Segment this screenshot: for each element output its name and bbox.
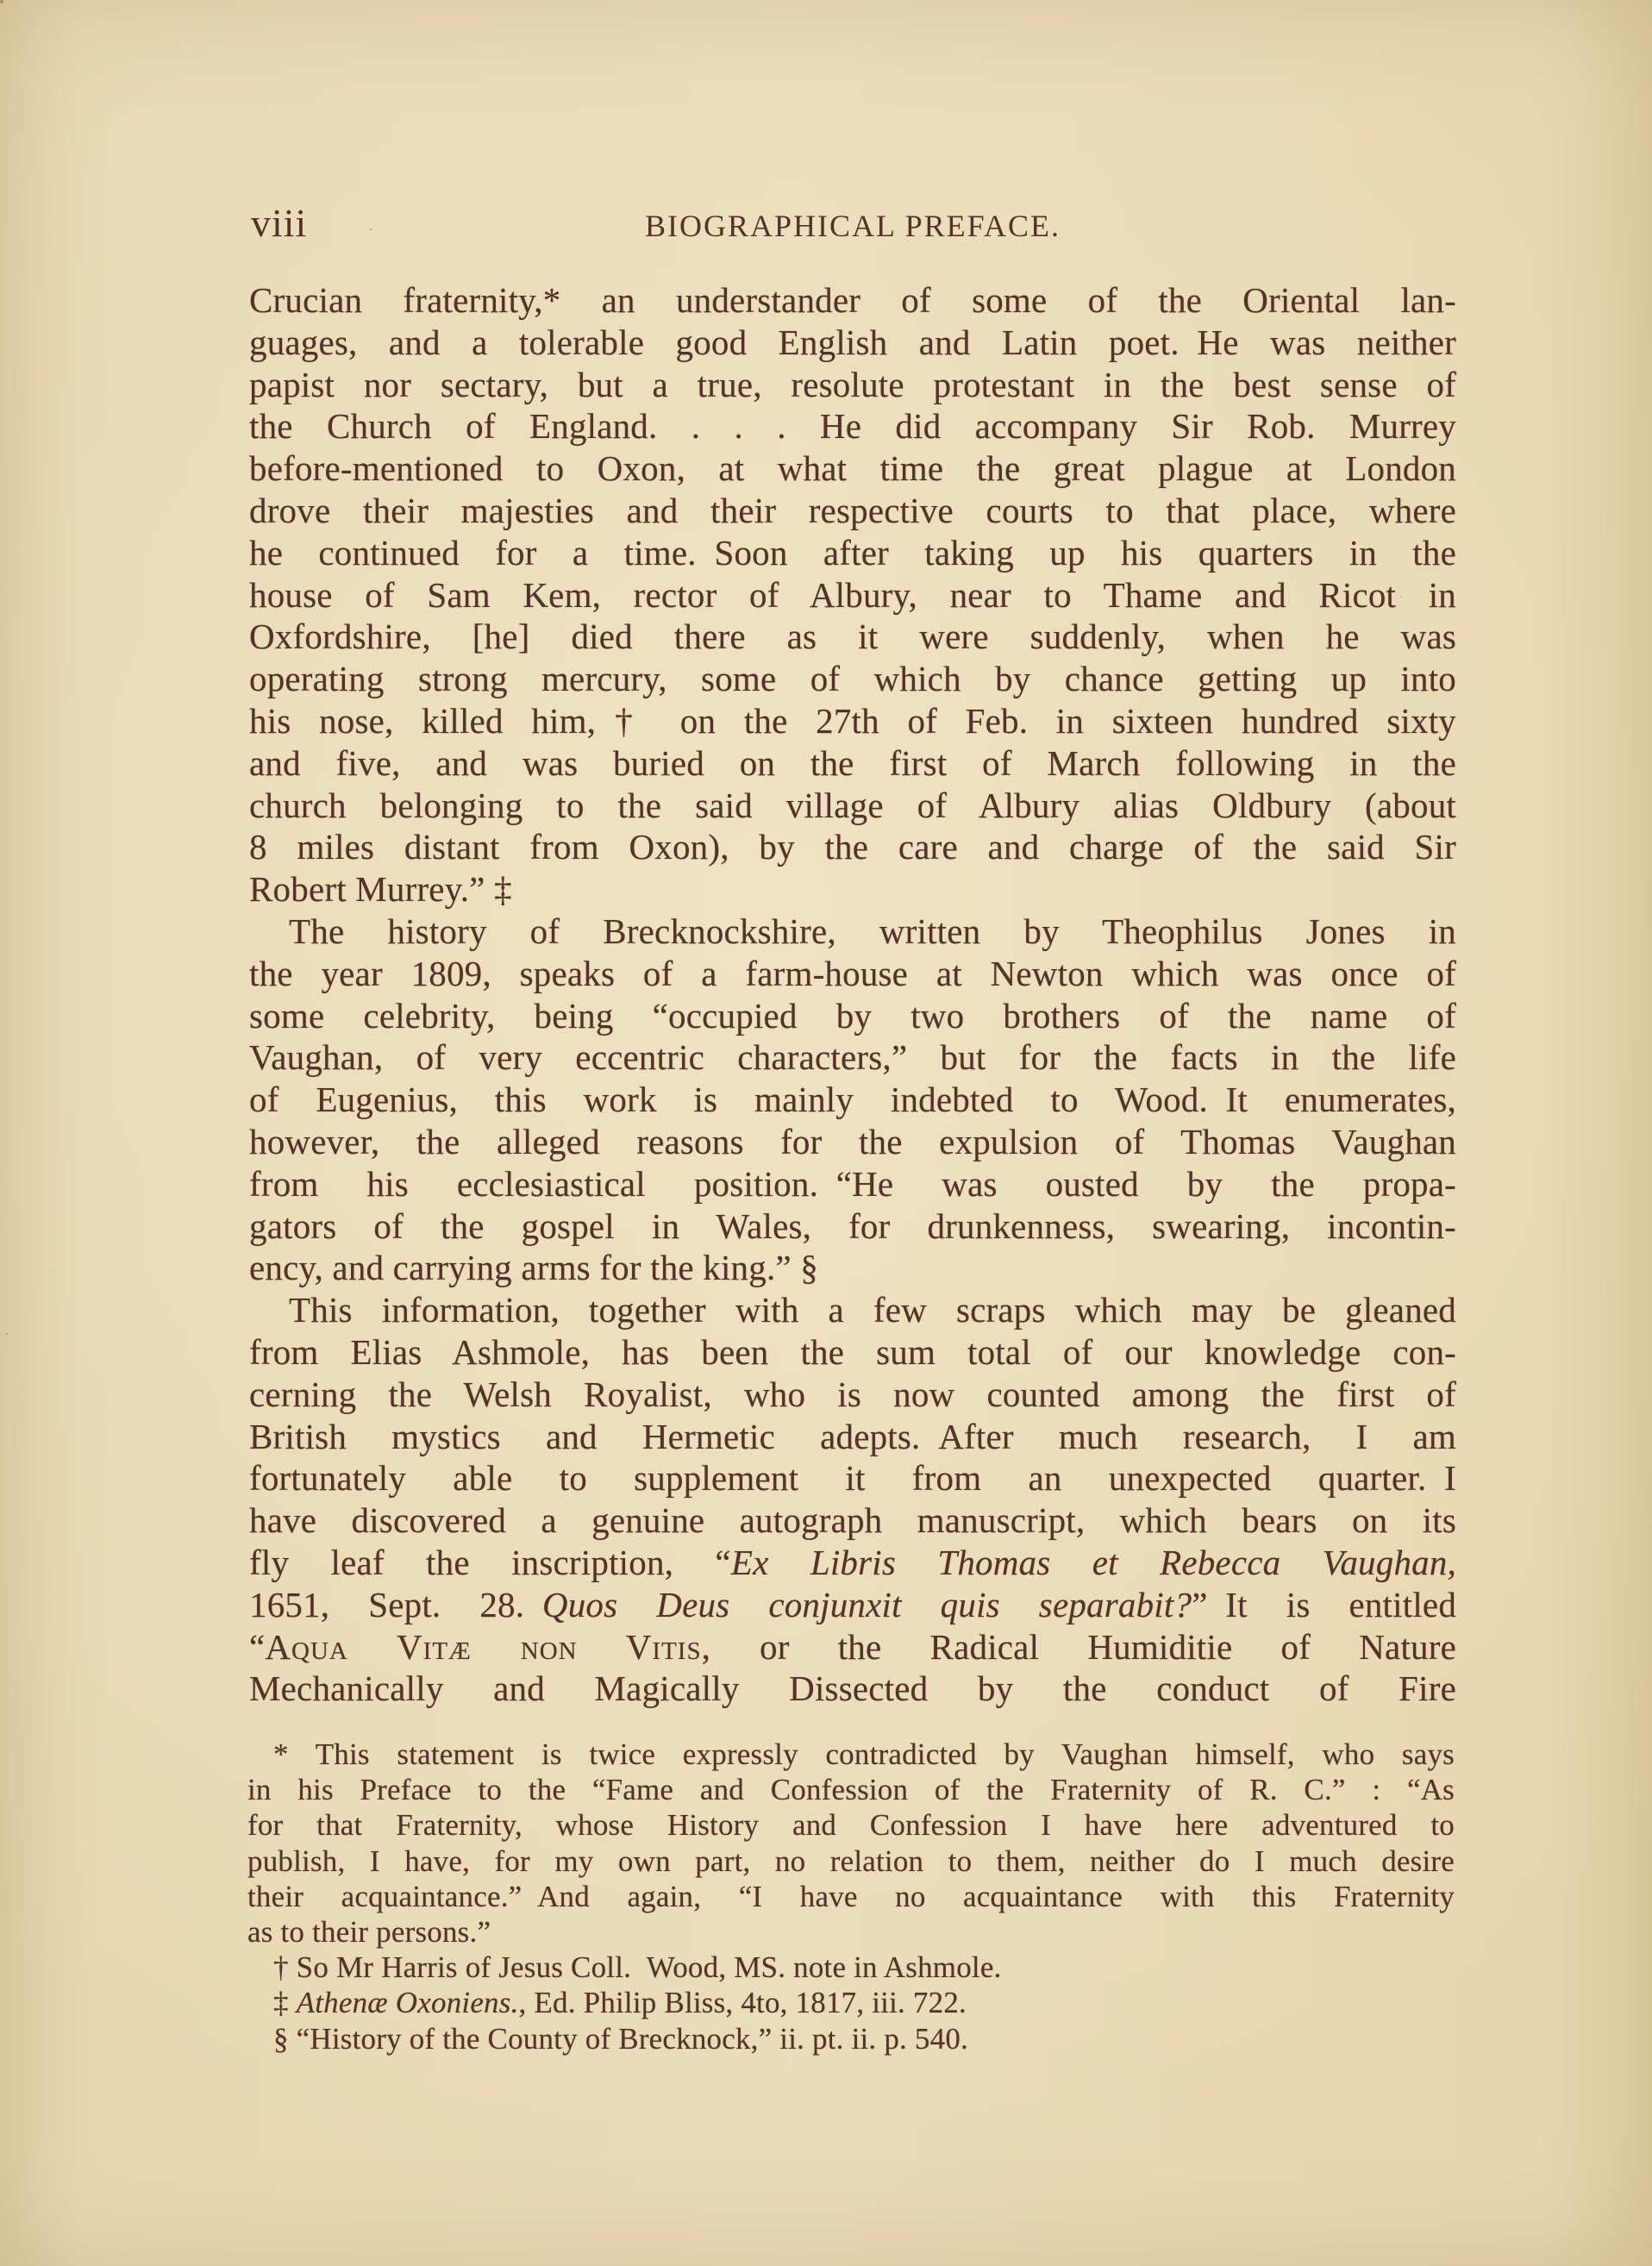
text-line: church belonging to the said village of … [249, 785, 1456, 827]
text-segment: ency, and carrying arms for the king.” § [249, 1248, 818, 1287]
text-segment: from his ecclesiastical position. “He wa… [249, 1164, 1456, 1204]
text-line: before-mentioned to Oxon, at what time t… [249, 448, 1456, 490]
text-line: 1651, Sept. 28. Quos Deus conjunxit quis… [249, 1584, 1456, 1626]
text-segment: 1651, Sept. 28. [249, 1585, 542, 1624]
text-line: † So Mr Harris of Jesus Coll. Wood, MS. … [247, 1950, 1455, 1985]
text-segment: the year 1809, speaks of a farm-house at… [249, 954, 1456, 993]
text-line: some celebrity, being “occupied by two b… [249, 995, 1456, 1037]
text-line: cerning the Welsh Royalist, who is now c… [249, 1374, 1456, 1416]
text-line: fly leaf the inscription, “Ex Libris Tho… [249, 1542, 1456, 1584]
text-segment: Crucian fraternity,* an understander of … [249, 280, 1456, 320]
text-segment: as to their persons.” [247, 1915, 491, 1949]
text-segment: and five, and was buried on the first of… [249, 743, 1456, 783]
text-segment: drove their majesties and their respecti… [249, 491, 1456, 530]
text-line: publish, I have, for my own part, no rel… [247, 1843, 1455, 1879]
text-segment: ” It is entitled [1192, 1585, 1456, 1624]
text-segment: before-mentioned to Oxon, at what time t… [249, 448, 1456, 488]
text-segment: Robert Murrey.” ‡ [249, 869, 512, 909]
text-segment: This information, together with a few sc… [289, 1290, 1456, 1330]
text-line: his nose, killed him,† on the 27th of Fe… [249, 700, 1456, 742]
text-segment: “ [249, 1627, 265, 1667]
text-line: “Aqua Vitæ non Vitis, or the Radical Hum… [249, 1626, 1456, 1668]
text-segment: cerning the Welsh Royalist, who is now c… [249, 1374, 1456, 1414]
text-segment: § “History of the County of Brecknock,” … [273, 2022, 968, 2056]
text-segment: papist nor sectary, but a true, resolute… [249, 365, 1456, 404]
text-line: The history of Brecknockshire, written b… [249, 911, 1456, 953]
text-segment: Vaughan, of very eccentric characters,” … [249, 1037, 1456, 1077]
text-segment: from Elias Ashmole, has been the sum tot… [249, 1332, 1456, 1372]
text-line: papist nor sectary, but a true, resolute… [249, 364, 1456, 406]
text-line: This information, together with a few sc… [249, 1289, 1456, 1331]
text-segment: operating strong mercury, some of which … [249, 659, 1456, 698]
text-segment: of Eugenius, this work is mainly indebte… [249, 1080, 1456, 1119]
text-segment: his nose, killed him,† on the 27th of Fe… [249, 701, 1456, 741]
body-text: Crucian fraternity,* an understander of … [249, 279, 1456, 1710]
text-segment: The history of Brecknockshire, written b… [289, 911, 1456, 951]
text-line: Oxfordshire, [he] died there as it were … [249, 616, 1456, 658]
text-segment: ‡ [273, 1986, 297, 2019]
text-line: Robert Murrey.” ‡ [249, 868, 1456, 911]
text-segment: for that Fraternity, whose History and C… [247, 1808, 1455, 1842]
text-line: Vaughan, of very eccentric characters,” … [249, 1036, 1456, 1079]
text-line: ency, and carrying arms for the king.” § [249, 1247, 1456, 1289]
text-line: have discovered a genuine autograph manu… [249, 1499, 1456, 1542]
text-line: the Church of England. . . . He did acco… [249, 405, 1456, 448]
text-line: gators of the gospel in Wales, for drunk… [249, 1205, 1456, 1248]
text-line: as to their persons.” [247, 1914, 1455, 1950]
text-line: from his ecclesiastical position. “He wa… [249, 1163, 1456, 1205]
text-segment: , Ed. Philip Bliss, 4to, 1817, iii. 722. [519, 1986, 967, 2019]
text-line: their acquaintance.” And again, “I have … [247, 1879, 1455, 1914]
italic-text: Quos Deus conjunxit quis separabit? [542, 1585, 1192, 1624]
smallcaps-text: Aqua Vitæ non Vitis, [265, 1627, 710, 1667]
text-line: § “History of the County of Brecknock,” … [247, 2021, 1455, 2056]
text-line: however, the alleged reasons for the exp… [249, 1121, 1456, 1163]
footnotes-block: * This statement is twice expressly cont… [247, 1737, 1455, 2056]
text-line: Mechanically and Magically Dissected by … [249, 1668, 1456, 1710]
text-segment: have discovered a genuine autograph manu… [249, 1500, 1456, 1540]
text-segment: fly leaf the inscription, “ [249, 1543, 731, 1582]
text-line: ‡ Athenæ Oxoniens., Ed. Philip Bliss, 4t… [247, 1985, 1455, 2020]
text-segment: † So Mr Harris of Jesus Coll. Wood, MS. … [273, 1950, 1002, 1984]
text-segment: in his Preface to the “Fame and Confessi… [247, 1773, 1455, 1806]
text-segment: 8 miles distant from Oxon), by the care … [249, 827, 1456, 867]
text-segment: their acquaintance.” And again, “I have … [247, 1880, 1455, 1913]
text-segment: some celebrity, being “occupied by two b… [249, 996, 1456, 1036]
text-segment: guages, and a tolerable good English and… [249, 322, 1456, 362]
text-line: he continued for a time. Soon after taki… [249, 532, 1456, 574]
text-segment: or the Radical Humiditie of Nature [711, 1627, 1456, 1667]
text-line: 8 miles distant from Oxon), by the care … [249, 826, 1456, 868]
text-line: and five, and was buried on the first of… [249, 742, 1456, 785]
text-segment: British mystics and Hermetic adepts. Aft… [249, 1417, 1456, 1456]
text-segment: the Church of England. . . . He did acco… [249, 406, 1456, 446]
italic-text: Ex Libris Thomas et Rebecca Vaughan, [731, 1543, 1456, 1582]
paper-specks [0, 0, 3, 3]
italic-text: Athenæ Oxoniens. [297, 1986, 519, 2019]
text-segment: Mechanically and Magically Dissected by … [249, 1668, 1456, 1708]
running-title: BIOGRAPHICAL PREFACE. [249, 210, 1456, 241]
text-line: British mystics and Hermetic adepts. Aft… [249, 1416, 1456, 1458]
text-line: in his Preface to the “Fame and Confessi… [247, 1772, 1455, 1807]
text-segment: gators of the gospel in Wales, for drunk… [249, 1206, 1456, 1246]
text-segment: house of Sam Kem, rector of Albury, near… [249, 575, 1456, 615]
text-segment: * This statement is twice expressly cont… [273, 1737, 1455, 1771]
text-line: for that Fraternity, whose History and C… [247, 1807, 1455, 1843]
text-segment: church belonging to the said village of … [249, 786, 1456, 825]
text-line: of Eugenius, this work is mainly indebte… [249, 1079, 1456, 1121]
text-line: the year 1809, speaks of a farm-house at… [249, 953, 1456, 995]
text-segment: however, the alleged reasons for the exp… [249, 1122, 1456, 1161]
text-segment: fortunately able to supplement it from a… [249, 1458, 1456, 1498]
text-line: guages, and a tolerable good English and… [249, 322, 1456, 364]
text-line: * This statement is twice expressly cont… [247, 1737, 1455, 1772]
text-segment: he continued for a time. Soon after taki… [249, 533, 1456, 573]
text-line: Crucian fraternity,* an understander of … [249, 279, 1456, 322]
text-line: operating strong mercury, some of which … [249, 658, 1456, 700]
text-line: drove their majesties and their respecti… [249, 490, 1456, 532]
book-page-scan: viii BIOGRAPHICAL PREFACE. Crucian frate… [0, 0, 1652, 2266]
text-line: from Elias Ashmole, has been the sum tot… [249, 1331, 1456, 1374]
text-line: house of Sam Kem, rector of Albury, near… [249, 574, 1456, 617]
text-segment: publish, I have, for my own part, no rel… [247, 1844, 1455, 1878]
text-line: fortunately able to supplement it from a… [249, 1457, 1456, 1499]
text-segment: Oxfordshire, [he] died there as it were … [249, 617, 1456, 656]
